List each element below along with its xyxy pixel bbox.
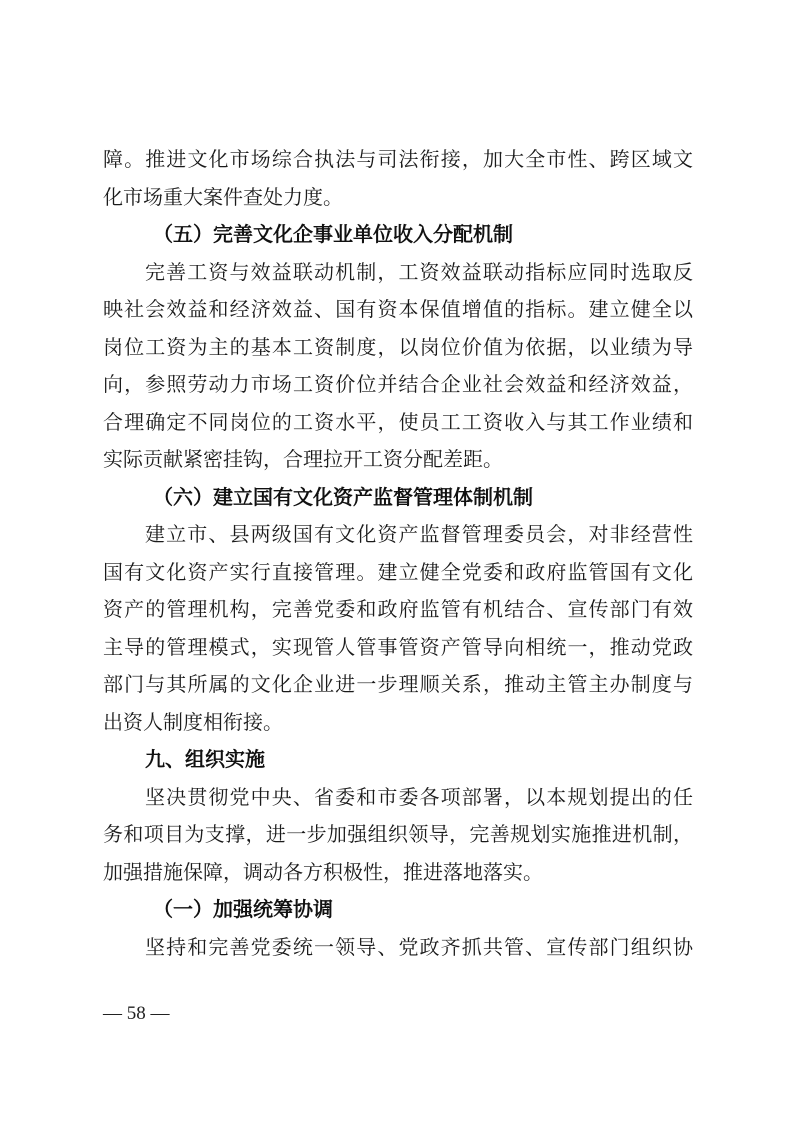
body-line: 加强措施保障，调动各方积极性，推进落地落实。	[103, 854, 693, 892]
paragraph-start: 建立市、县两级国有文化资产监督管理委员会，对非经营性	[103, 516, 693, 554]
section-heading-9: 九、组织实施	[103, 741, 693, 779]
subsection-heading-5: （五）完善文化企事业单位收入分配机制	[103, 216, 693, 254]
paragraph-start: 完善工资与效益联动机制，工资效益联动指标应同时选取反	[103, 254, 693, 292]
body-line: 障。推进文化市场综合执法与司法衔接，加大全市性、跨区域文	[103, 141, 693, 179]
body-line: 出资人制度相衔接。	[103, 704, 693, 742]
body-line: 主导的管理模式，实现管人管事管资产管导向相统一，推动党政	[103, 629, 693, 667]
body-line: 合理确定不同岗位的工资水平，使员工工资收入与其工作业绩和	[103, 404, 693, 442]
subsection-heading-1: （一）加强统筹协调	[103, 891, 693, 929]
body-line: 岗位工资为主的基本工资制度，以岗位价值为依据，以业绩为导	[103, 329, 693, 367]
page-number: — 58 —	[103, 1003, 170, 1025]
body-line: 映社会效益和经济效益、国有资本保值增值的指标。建立健全以	[103, 291, 693, 329]
document-page: 障。推进文化市场综合执法与司法衔接，加大全市性、跨区域文 化市场重大案件查处力度…	[0, 0, 793, 1122]
body-line: 向，参照劳动力市场工资价位并结合企业社会效益和经济效益，	[103, 366, 693, 404]
body-line: 部门与其所属的文化企业进一步理顺关系，推动主管主办制度与	[103, 666, 693, 704]
body-line: 实际贡献紧密挂钩，合理拉开工资分配差距。	[103, 441, 693, 479]
paragraph-start: 坚持和完善党委统一领导、党政齐抓共管、宣传部门组织协	[103, 929, 693, 967]
body-line: 务和项目为支撑，进一步加强组织领导，完善规划实施推进机制，	[103, 816, 693, 854]
body-line: 化市场重大案件查处力度。	[103, 179, 693, 217]
subsection-heading-6: （六）建立国有文化资产监督管理体制机制	[103, 479, 693, 517]
body-line: 资产的管理机构，完善党委和政府监管有机结合、宣传部门有效	[103, 591, 693, 629]
body-line: 国有文化资产实行直接管理。建立健全党委和政府监管国有文化	[103, 554, 693, 592]
paragraph-start: 坚决贯彻党中央、省委和市委各项部署，以本规划提出的任	[103, 779, 693, 817]
document-body: 障。推进文化市场综合执法与司法衔接，加大全市性、跨区域文 化市场重大案件查处力度…	[103, 141, 693, 966]
